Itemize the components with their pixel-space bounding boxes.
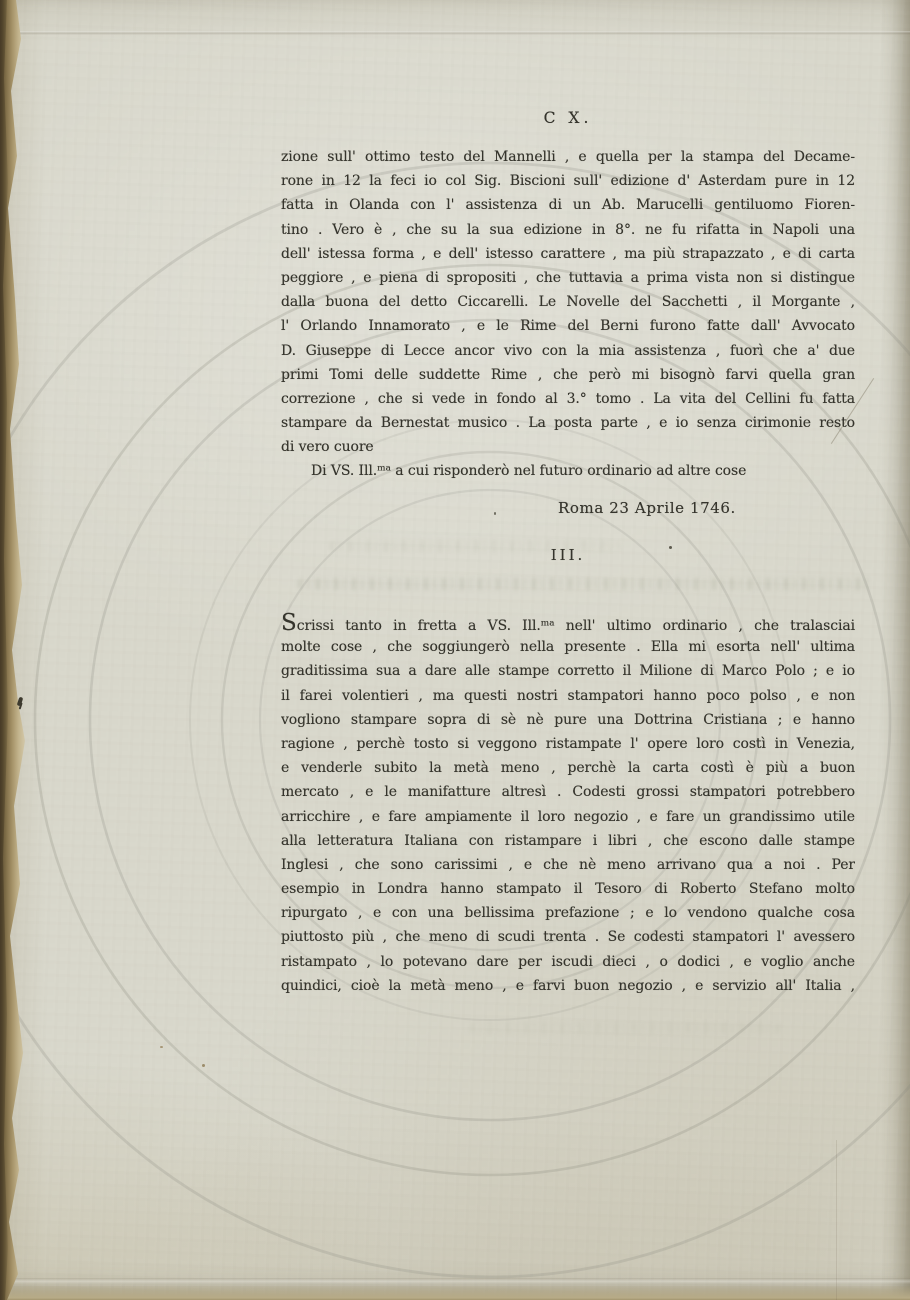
text-line: rone in 12 la feci io col Sig. Biscioni …: [281, 169, 855, 193]
text-line: ripurgato , e con una bellissima prefazi…: [281, 901, 855, 925]
text-line: e venderle subito la metà meno , perchè …: [281, 756, 855, 780]
ink-speck: [494, 512, 496, 515]
bottom-fold-crease: [0, 1278, 910, 1284]
first-line-text: crissi tanto in fretta a VS. Ill.ᵐᵃ nell…: [297, 618, 855, 634]
text-line: ristampato , lo potevano dare per iscudi…: [281, 950, 855, 974]
dateline: Roma 23 Aprile 1746.: [558, 499, 736, 517]
bottom-page-edge: [0, 1286, 910, 1300]
text-line: zione sull' ottimo testo del Mannelli , …: [281, 145, 855, 169]
text-line: correzione , che si vede in fondo al 3.°…: [281, 387, 855, 411]
text-line: piuttosto più , che meno di scudi trenta…: [281, 925, 855, 949]
text-line: quindici, cioè la metà meno , e farvi bu…: [281, 974, 855, 998]
closing-salutation-line: Di VS. Ill.ᵐᵃ a cui risponderò nel futur…: [281, 459, 855, 483]
text-line: dalla buona del detto Ciccarelli. Le Nov…: [281, 290, 855, 314]
text-line: D. Giuseppe di Lecce ancor vivo con la m…: [281, 339, 855, 363]
text-line: vogliono stampare sopra di sè nè pure un…: [281, 708, 855, 732]
text-line: di vero cuore: [281, 435, 855, 459]
text-line: stampare da Bernestat musico . La posta …: [281, 411, 855, 435]
foxing-speck: [160, 1046, 163, 1048]
paragraph-1: zione sull' ottimo testo del Mannelli , …: [281, 145, 855, 484]
top-fold-crease: [0, 31, 910, 35]
text-line: Inglesi , che sono carissimi , e che nè …: [281, 853, 855, 877]
text-line: primi Tomi delle suddette Rime , che per…: [281, 363, 855, 387]
text-line: esempio in Londra hanno stampato il Teso…: [281, 877, 855, 901]
text-line: il farei volentieri , ma questi nostri s…: [281, 684, 855, 708]
page-number-heading: C X.: [281, 109, 855, 127]
text-line: graditissima sua a dare alle stampe corr…: [281, 659, 855, 683]
text-line: mercato , e le manifatture altresì . Cod…: [281, 780, 855, 804]
text-line: fatta in Olanda con l' assistenza di un …: [281, 193, 855, 217]
verso-showthrough-band: [298, 578, 873, 590]
text-line: molte cose , che soggiungerò nella prese…: [281, 635, 855, 659]
verso-showthrough-band: [470, 1022, 780, 1034]
paragraph-2: Scrissi tanto in fretta a VS. Ill.ᵐᵃ nel…: [281, 611, 855, 998]
text-line: ragione , perchè tosto si veggono ristam…: [281, 732, 855, 756]
text-line: peggiore , e piena di spropositi , che t…: [281, 266, 855, 290]
text-line: l' Orlando Innamorato , e le Rime del Be…: [281, 314, 855, 338]
text-line: dell' istessa forma , e dell' istesso ca…: [281, 242, 855, 266]
section-number-heading: III.: [281, 546, 855, 564]
text-line: alla letteratura Italiana con ristampare…: [281, 829, 855, 853]
scanned-book-page: C X. zione sull' ottimo testo del Mannel…: [0, 0, 910, 1300]
drop-cap-initial: S: [281, 610, 297, 636]
foxing-speck: [202, 1064, 205, 1067]
text-line: arricchire , e fare ampiamente il loro n…: [281, 805, 855, 829]
paper-streak: [836, 1140, 837, 1300]
text-line: Scrissi tanto in fretta a VS. Ill.ᵐᵃ nel…: [281, 611, 855, 635]
text-line: tino . Vero è , che su la sua edizione i…: [281, 218, 855, 242]
